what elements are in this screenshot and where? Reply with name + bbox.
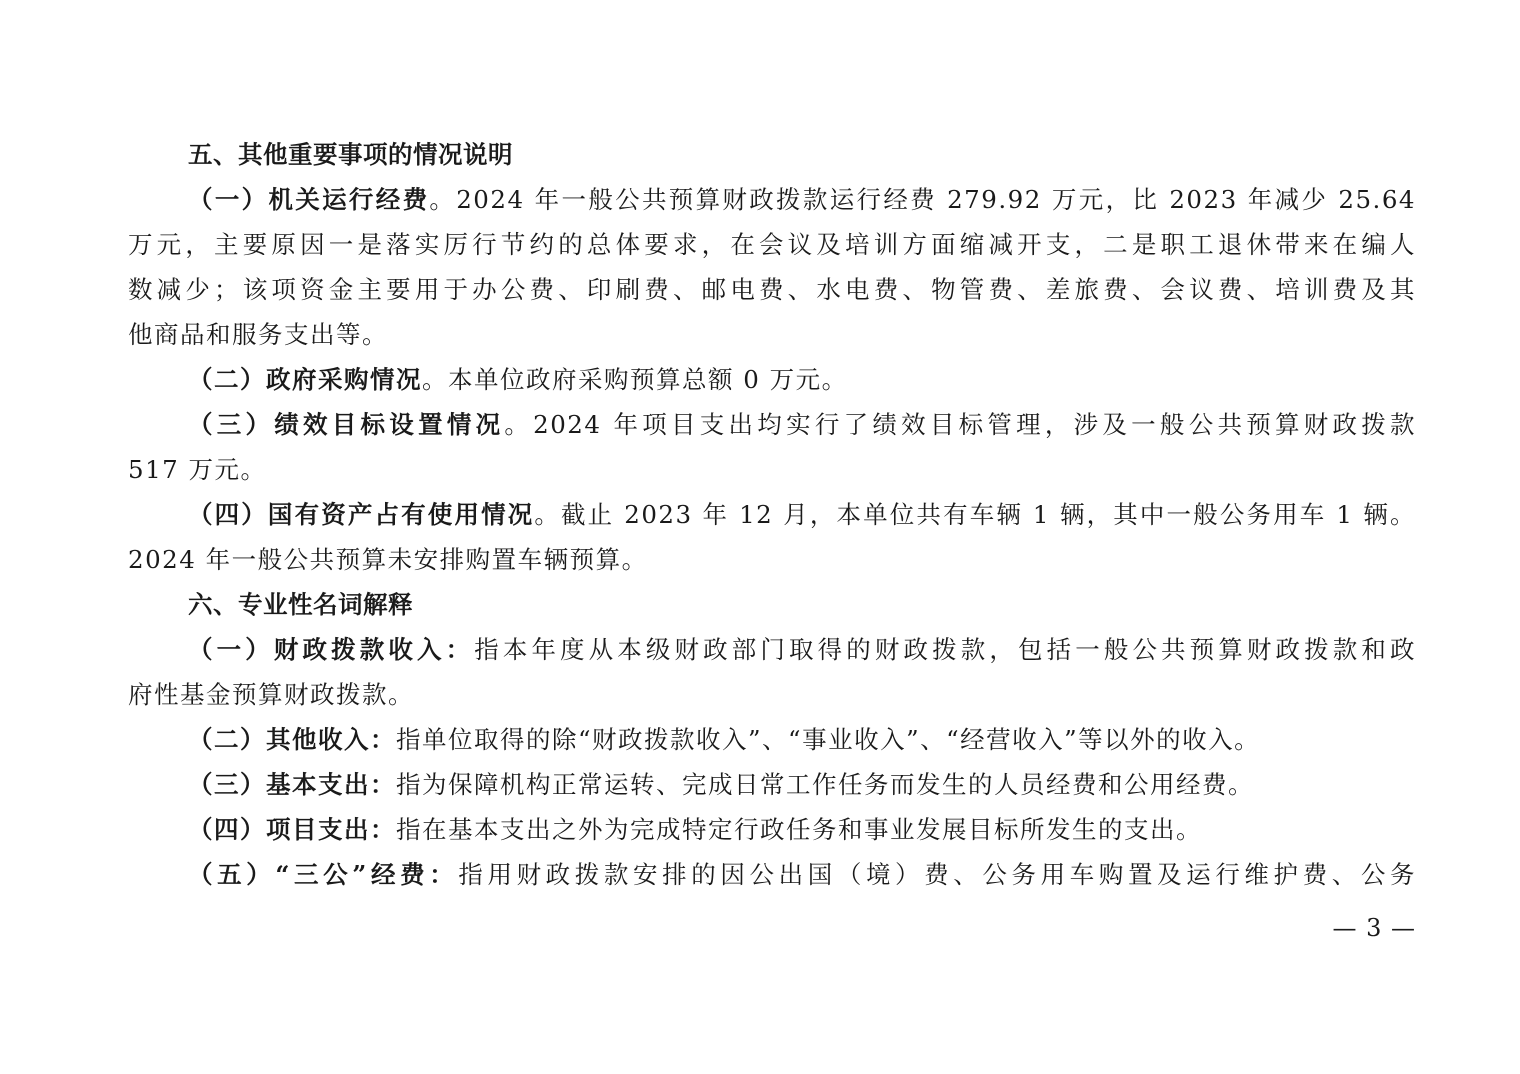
paragraph-line: 他商品和服务支出等。: [128, 312, 1416, 357]
item-label: （一）机关运行经费: [188, 185, 429, 214]
paragraph-performance-targets: （三）绩效目标设置情况。2024 年项目支出均实行了绩效目标管理，涉及一般公共预…: [128, 402, 1416, 447]
paragraph-line: 2024 年一般公共预算未安排购置车辆预算。: [128, 537, 1416, 582]
item-label: （三）绩效目标设置情况: [188, 410, 504, 439]
term-definition: 指单位取得的除“财政拨款收入”、“事业收入”、“经营收入”等以外的收入。: [396, 725, 1260, 754]
paragraph-text: 。截止 2023 年 12 月，本单位共有车辆 1 辆，其中一般公务用车 1 辆…: [534, 500, 1416, 529]
paragraph-line: 万元，主要原因一是落实厉行节约的总体要求，在会议及培训方面缩减开支，二是职工退休…: [128, 222, 1416, 267]
term-definition: 指用财政拨款安排的因公出国（境）费、公务用车购置及运行维护费、公务: [458, 860, 1416, 889]
paragraph-text: 。2024 年一般公共预算财政拨款运行经费 279.92 万元，比 2023 年…: [429, 185, 1416, 214]
term-definition: 指在基本支出之外为完成特定行政任务和事业发展目标所发生的支出。: [396, 815, 1202, 844]
term-other-income: （二）其他收入：指单位取得的除“财政拨款收入”、“事业收入”、“经营收入”等以外…: [128, 717, 1416, 762]
paragraph-line: 府性基金预算财政拨款。: [128, 672, 1416, 717]
term-label: （一）财政拨款收入：: [188, 635, 474, 664]
item-label: （四）国有资产占有使用情况: [188, 500, 534, 529]
paragraph-government-procurement: （二）政府采购情况。本单位政府采购预算总额 0 万元。: [128, 357, 1416, 402]
term-definition: 指本年度从本级财政部门取得的财政拨款，包括一般公共预算财政拨款和政: [474, 635, 1416, 664]
paragraph-office-operating-expenses: （一）机关运行经费。2024 年一般公共预算财政拨款运行经费 279.92 万元…: [128, 177, 1416, 222]
term-three-public-expenses: （五）“三公”经费：指用财政拨款安排的因公出国（境）费、公务用车购置及运行维护费…: [128, 852, 1416, 897]
section-heading-terminology: 六、专业性名词解释: [128, 582, 1416, 627]
term-fiscal-appropriation-income: （一）财政拨款收入：指本年度从本级财政部门取得的财政拨款，包括一般公共预算财政拨…: [128, 627, 1416, 672]
section-heading-other-matters: 五、其他重要事项的情况说明: [128, 132, 1416, 177]
term-label: （四）项目支出：: [188, 815, 396, 844]
page-number: — 3 —: [1332, 906, 1416, 951]
paragraph-text: 。本单位政府采购预算总额 0 万元。: [422, 365, 848, 394]
term-definition: 指为保障机构正常运转、完成日常工作任务而发生的人员经费和公用经费。: [396, 770, 1254, 799]
term-label: （三）基本支出：: [188, 770, 396, 799]
term-label: （二）其他收入：: [188, 725, 396, 754]
term-label: （五）“三公”经费：: [188, 860, 458, 889]
paragraph-line: 517 万元。: [128, 447, 1416, 492]
paragraph-text: 。2024 年项目支出均实行了绩效目标管理，涉及一般公共预算财政拨款: [504, 410, 1416, 439]
term-project-expenditure: （四）项目支出：指在基本支出之外为完成特定行政任务和事业发展目标所发生的支出。: [128, 807, 1416, 852]
item-label: （二）政府采购情况: [188, 365, 422, 394]
document-page: 五、其他重要事项的情况说明 （一）机关运行经费。2024 年一般公共预算财政拨款…: [128, 0, 1416, 1074]
paragraph-line: 数减少；该项资金主要用于办公费、印刷费、邮电费、水电费、物管费、差旅费、会议费、…: [128, 267, 1416, 312]
term-basic-expenditure: （三）基本支出：指为保障机构正常运转、完成日常工作任务而发生的人员经费和公用经费…: [128, 762, 1416, 807]
paragraph-state-assets: （四）国有资产占有使用情况。截止 2023 年 12 月，本单位共有车辆 1 辆…: [128, 492, 1416, 537]
